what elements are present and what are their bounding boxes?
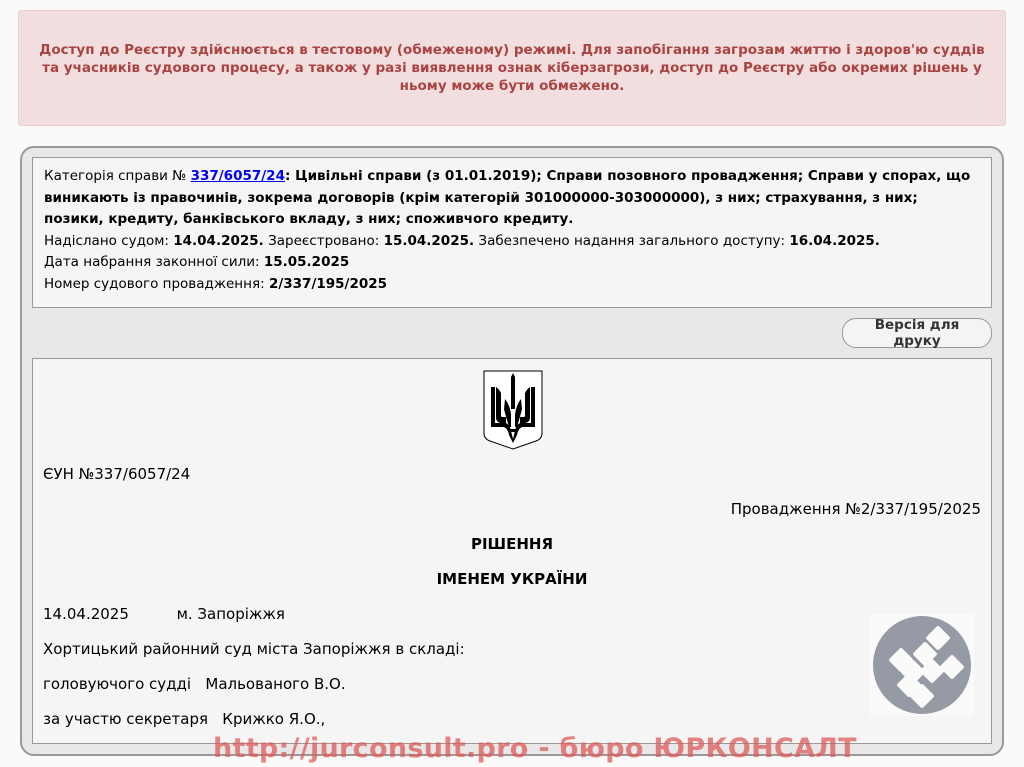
decision-subtitle: ІМЕНЕМ УКРАЇНИ [33,570,991,588]
presiding-judge: головуючого судді Мальованого В.О. [43,675,346,693]
alert-text: Доступ до Реєстру здійснюється в тестово… [33,41,991,95]
proceeding-label: Номер судового провадження: [44,276,269,292]
access-label: Забезпечено надання загального доступу: [474,233,789,249]
watermark-text: http://jurconsult.pro - бюро ЮРКОНСАЛТ [213,733,857,764]
decision-title: РІШЕННЯ [33,535,991,553]
effective-date-row: Дата набрання законної сили: 15.05.2025 [44,252,980,274]
sent-date: 14.04.2025. [173,233,264,249]
registered-label: Зареєстровано: [264,233,384,249]
effective-date: 15.05.2025 [264,254,349,270]
access-warning-alert: Доступ до Реєстру здійснюється в тестово… [18,10,1006,126]
court-secretary: за участю секретаря Крижко Я.О., [43,710,325,728]
print-version-button[interactable]: Версія для друку [842,318,992,348]
puzzle-logo-icon [870,614,974,716]
case-dates: Надіслано судом: 14.04.2025. Зареєстрова… [44,231,980,253]
category-label: Категорія справи № [44,168,191,184]
case-info-panel: Категорія справи № 337/6057/24: Цивільні… [32,157,992,308]
eun-number: ЄУН №337/6057/24 [43,465,190,483]
court-composition: Хортицький районний суд міста Запоріжжя … [43,640,465,658]
registered-date: 15.04.2025. [384,233,475,249]
case-category: Категорія справи № 337/6057/24: Цивільні… [44,166,980,231]
date-place: 14.04.2025 м. Запоріжжя [43,605,285,623]
access-date: 16.04.2025. [789,233,880,249]
proceeding-number-row: Номер судового провадження: 2/337/195/20… [44,274,980,296]
case-number-link[interactable]: 337/6057/24 [191,168,285,184]
proceeding-number-doc: Провадження №2/337/195/2025 [731,500,981,518]
effective-label: Дата набрання законної сили: [44,254,264,270]
decision-document: ЄУН №337/6057/24 Провадження №2/337/195/… [32,358,992,744]
sent-label: Надіслано судом: [44,233,173,249]
trident-icon [482,369,544,451]
proceeding-number: 2/337/195/2025 [269,276,387,292]
